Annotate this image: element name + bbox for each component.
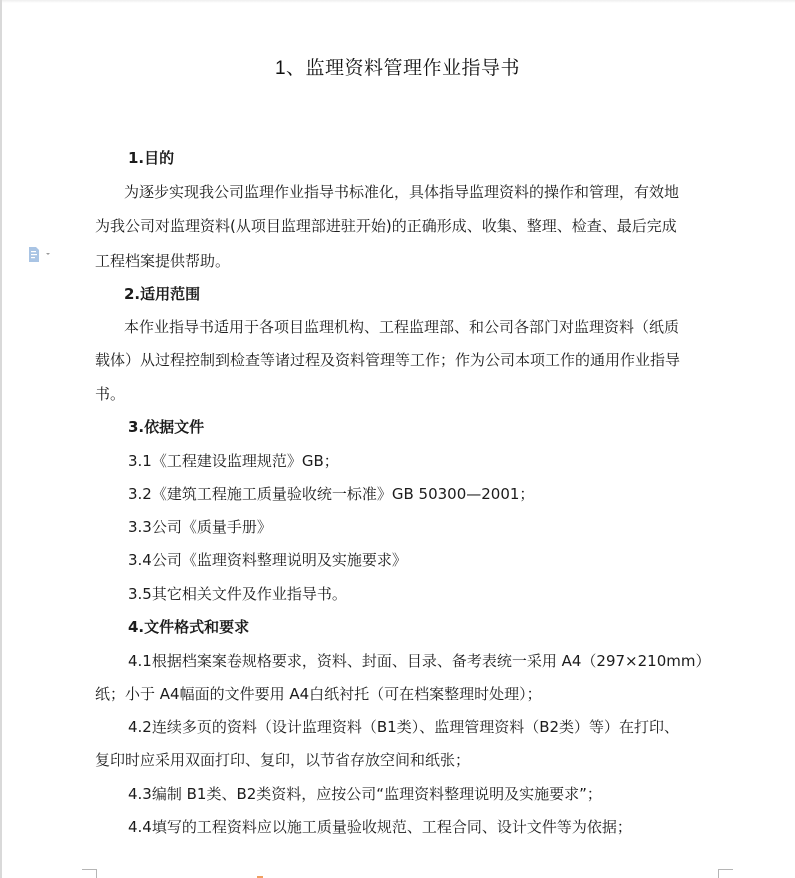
section-heading-purpose: 1.目的 <box>128 148 174 168</box>
paragraph-layout-button[interactable] <box>28 246 56 264</box>
paragraph-line: 载体）从过程控制到检查等诸过程及资料管理等工作；作为公司本项工作的通用作业指导 <box>95 350 680 370</box>
paragraph-line: 工程档案提供帮助。 <box>95 251 230 271</box>
paragraph-line: 复印时应采用双面打印、复印，以节省存放空间和纸张； <box>95 750 470 770</box>
section-heading-format: 4.文件格式和要求 <box>128 617 249 637</box>
reference-item: 3.2《建筑工程施工质量验收统一标准》GB 50300—2001； <box>128 484 534 504</box>
paragraph-line: 为逐步实现我公司监理作业指导书标准化，具体指导监理资料的操作和管理，有效地 <box>124 182 679 202</box>
paragraph-line: 4.3编制 B1类、B2类资料，应按公司“监理资料整理说明及实施要求”； <box>128 784 602 804</box>
paragraph-line: 4.2连续多页的资料（设计监理资料（B1类）、监理管理资料（B2类）等）在打印、 <box>128 717 679 737</box>
paragraph-line: 4.4填写的工程资料应以施工质量验收规范、工程合同、设计文件等为依据； <box>128 817 632 837</box>
page-corner-mark-left <box>82 869 97 878</box>
reference-item: 3.5其它相关文件及作业指导书。 <box>128 584 347 604</box>
paragraph-line: 书。 <box>95 384 125 404</box>
section-heading-references: 3.依据文件 <box>128 417 204 437</box>
reference-item: 3.1《工程建设监理规范》GB； <box>128 451 339 471</box>
document-title: 1、监理资料管理作业指导书 <box>0 56 795 82</box>
paragraph-line: 纸；小于 A4幅面的文件要用 A4白纸衬托（可在档案整理时处理）； <box>95 684 542 704</box>
paragraph-layout-icon <box>28 246 56 264</box>
paragraph-line: 本作业指导书适用于各项目监理机构、工程监理部、和公司各部门对监理资料（纸质 <box>124 317 679 337</box>
paragraph-line: 4.1根据档案案卷规格要求，资料、封面、目录、备考表统一采用 A4（297×21… <box>128 651 710 671</box>
chevron-down-icon <box>46 253 50 255</box>
document-page: 1、监理资料管理作业指导书 1.目的 为逐步实现我公司监理作业指导书标准化，具体… <box>0 0 795 878</box>
page-corner-mark-right <box>718 869 733 878</box>
reference-item: 3.3公司《质量手册》 <box>128 517 272 537</box>
paragraph-line: 为我公司对监理资料(从项目监理部进驻开始)的正确形成、收集、整理、检查、最后完成 <box>95 216 677 236</box>
reference-item: 3.4公司《监理资料整理说明及实施要求》 <box>128 550 407 570</box>
section-heading-scope: 2.适用范围 <box>124 284 200 304</box>
